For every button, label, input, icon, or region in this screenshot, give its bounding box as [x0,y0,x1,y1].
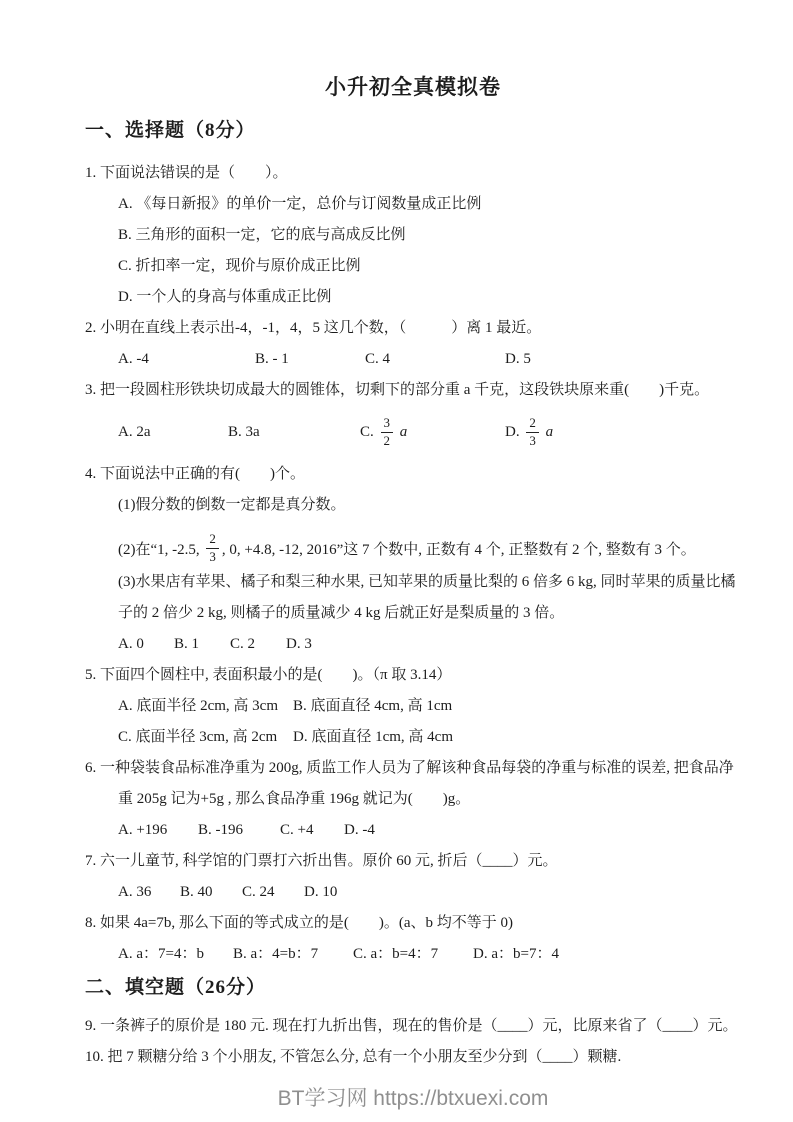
q2-stem: 2. 小明在直线上表示出-4，-1，4，5 这几个数，（ ）离 1 最近。 [85,317,741,339]
question-3: 3. 把一段圆柱形铁块切成最大的圆锥体，切剩下的部分重 a 千克，这段铁块原来重… [85,379,741,454]
q7-option-a: A. 36 [118,881,180,903]
q4-sub3-line1: (3)水果店有苹果、橘子和梨三种水果, 已知苹果的质量比梨的 6 倍多 6 kg… [85,571,741,593]
q8-option-b: B. a：4=b：7 [233,943,353,965]
q6-stem-line2: 重 205g 记为+5g , 那么食品净重 196g 就记为( )g。 [85,788,741,810]
q5-option-c: C. 底面半径 3cm, 高 2cm [118,726,293,748]
question-6: 6. 一种袋装食品标准净重为 200g, 质监工作人员为了解该种食品每袋的净重与… [85,757,741,841]
q2-option-a: A. -4 [118,348,255,370]
q4-sub3-line2: 子的 2 倍少 2 kg, 则橘子的质量减少 4 kg 后就正好是梨质量的 3 … [85,602,741,624]
q1-option-b: B. 三角形的面积一定，它的底与高成反比例 [85,224,741,246]
exam-page: 小升初全真模拟卷 一、选择题（8分） 1. 下面说法错误的是（ ）。 A. 《每… [0,0,793,1112]
q8-option-a: A. a：7=4：b [118,943,233,965]
question-8: 8. 如果 4a=7b, 那么下面的等式成立的是( )。(a、b 均不等于 0)… [85,912,741,965]
q1-option-a: A. 《每日新报》的单价一定，总价与订阅数量成正比例 [85,193,741,215]
q10-stem: 10. 把 7 颗糖分给 3 个小朋友, 不管怎么分, 总有一个小朋友至少分到（… [85,1046,741,1068]
q3-option-c-variable: a [400,423,408,439]
q3-option-c: C. 32 a [360,416,505,449]
question-10: 10. 把 7 颗糖分给 3 个小朋友, 不管怎么分, 总有一个小朋友至少分到（… [85,1046,741,1068]
question-1: 1. 下面说法错误的是（ ）。 A. 《每日新报》的单价一定，总价与订阅数量成正… [85,162,741,308]
q7-option-b: B. 40 [180,881,242,903]
q7-options: A. 36 B. 40 C. 24 D. 10 [85,881,741,903]
q5-options-row2: C. 底面半径 3cm, 高 2cm D. 底面直径 1cm, 高 4cm [85,726,741,748]
q3-option-a: A. 2a [118,421,228,443]
q1-stem: 1. 下面说法错误的是（ ）。 [85,162,741,184]
q3-options: A. 2a B. 3a C. 32 a D. 23 a [85,410,741,454]
q4-sub2-pre: (2)在“1, -2.5, [118,538,203,559]
q7-option-d: D. 10 [304,881,337,903]
q5-option-a: A. 底面半径 2cm, 高 3cm [118,695,293,717]
q4-options: A. 0 B. 1 C. 2 D. 3 [85,633,741,655]
watermark-footer: BT学习网 https://btxuexi.com [85,1082,741,1112]
q2-options: A. -4 B. - 1 C. 4 D. 5 [85,348,741,370]
q4-stem: 4. 下面说法中正确的有( )个。 [85,463,741,485]
q3-option-d-label: D. [505,423,523,439]
section-heading-choice: 一、选择题（8分） [85,118,741,144]
question-2: 2. 小明在直线上表示出-4，-1，4，5 这几个数，（ ）离 1 最近。 A.… [85,317,741,370]
q6-option-a: A. +196 [118,819,198,841]
q2-option-d: D. 5 [505,348,531,370]
question-7: 7. 六一儿童节, 科学馆的门票打六折出售。原价 60 元, 折后（____）元… [85,850,741,903]
q4-sub2: (2)在“1, -2.5, 23, 0, +4.8, -12, 2016”这 7… [85,525,741,571]
q9-stem: 9. 一条裤子的原价是 180 元. 现在打九折出售，现在的售价是（____）元… [85,1015,741,1037]
q6-options: A. +196 B. -196 C. +4 D. -4 [85,819,741,841]
q4-option-d: D. 3 [286,633,312,655]
question-5: 5. 下面四个圆柱中, 表面积最小的是( )。（π 取 3.14） A. 底面半… [85,664,741,748]
q8-option-d: D. a：b=7：4 [473,943,559,965]
q7-stem: 7. 六一儿童节, 科学馆的门票打六折出售。原价 60 元, 折后（____）元… [85,850,741,872]
q1-option-c: C. 折扣率一定，现价与原价成正比例 [85,255,741,277]
q4-option-a: A. 0 [118,633,174,655]
q3-option-d-fraction: 23 [526,416,539,449]
q4-option-c: C. 2 [230,633,286,655]
q1-option-d: D. 一个人的身高与体重成正比例 [85,286,741,308]
q6-option-d: D. -4 [344,819,375,841]
q2-option-b: B. - 1 [255,348,365,370]
q3-stem: 3. 把一段圆柱形铁块切成最大的圆锥体，切剩下的部分重 a 千克，这段铁块原来重… [85,379,741,401]
q3-option-d: D. 23 a [505,416,553,449]
q5-option-d: D. 底面直径 1cm, 高 4cm [293,726,453,748]
q6-stem-line1: 6. 一种袋装食品标准净重为 200g, 质监工作人员为了解该种食品每袋的净重与… [85,757,741,779]
q5-options-row1: A. 底面半径 2cm, 高 3cm B. 底面直径 4cm, 高 1cm [85,695,741,717]
q3-option-c-fraction: 32 [381,416,394,449]
section-heading-fill-blank: 二、填空题（26分） [85,975,741,1001]
q8-option-c: C. a：b=4：7 [353,943,473,965]
q4-sub2-fraction: 23 [206,532,219,565]
q5-stem: 5. 下面四个圆柱中, 表面积最小的是( )。（π 取 3.14） [85,664,741,686]
q5-option-b: B. 底面直径 4cm, 高 1cm [293,695,452,717]
q7-option-c: C. 24 [242,881,304,903]
q3-option-d-variable: a [546,423,554,439]
exam-title: 小升初全真模拟卷 [85,74,741,100]
q2-option-c: C. 4 [365,348,505,370]
q8-options: A. a：7=4：b B. a：4=b：7 C. a：b=4：7 D. a：b=… [85,943,741,965]
q8-stem: 8. 如果 4a=7b, 那么下面的等式成立的是( )。(a、b 均不等于 0) [85,912,741,934]
q6-option-b: B. -196 [198,819,280,841]
q3-option-c-label: C. [360,423,378,439]
q4-sub2-post: , 0, +4.8, -12, 2016”这 7 个数中, 正数有 4 个, 正… [222,538,696,559]
q3-option-b: B. 3a [228,421,360,443]
q4-option-b: B. 1 [174,633,230,655]
q6-option-c: C. +4 [280,819,344,841]
q4-sub1: (1)假分数的倒数一定都是真分数。 [85,494,741,516]
question-4: 4. 下面说法中正确的有( )个。 (1)假分数的倒数一定都是真分数。 (2)在… [85,463,741,655]
question-9: 9. 一条裤子的原价是 180 元. 现在打九折出售，现在的售价是（____）元… [85,1015,741,1037]
